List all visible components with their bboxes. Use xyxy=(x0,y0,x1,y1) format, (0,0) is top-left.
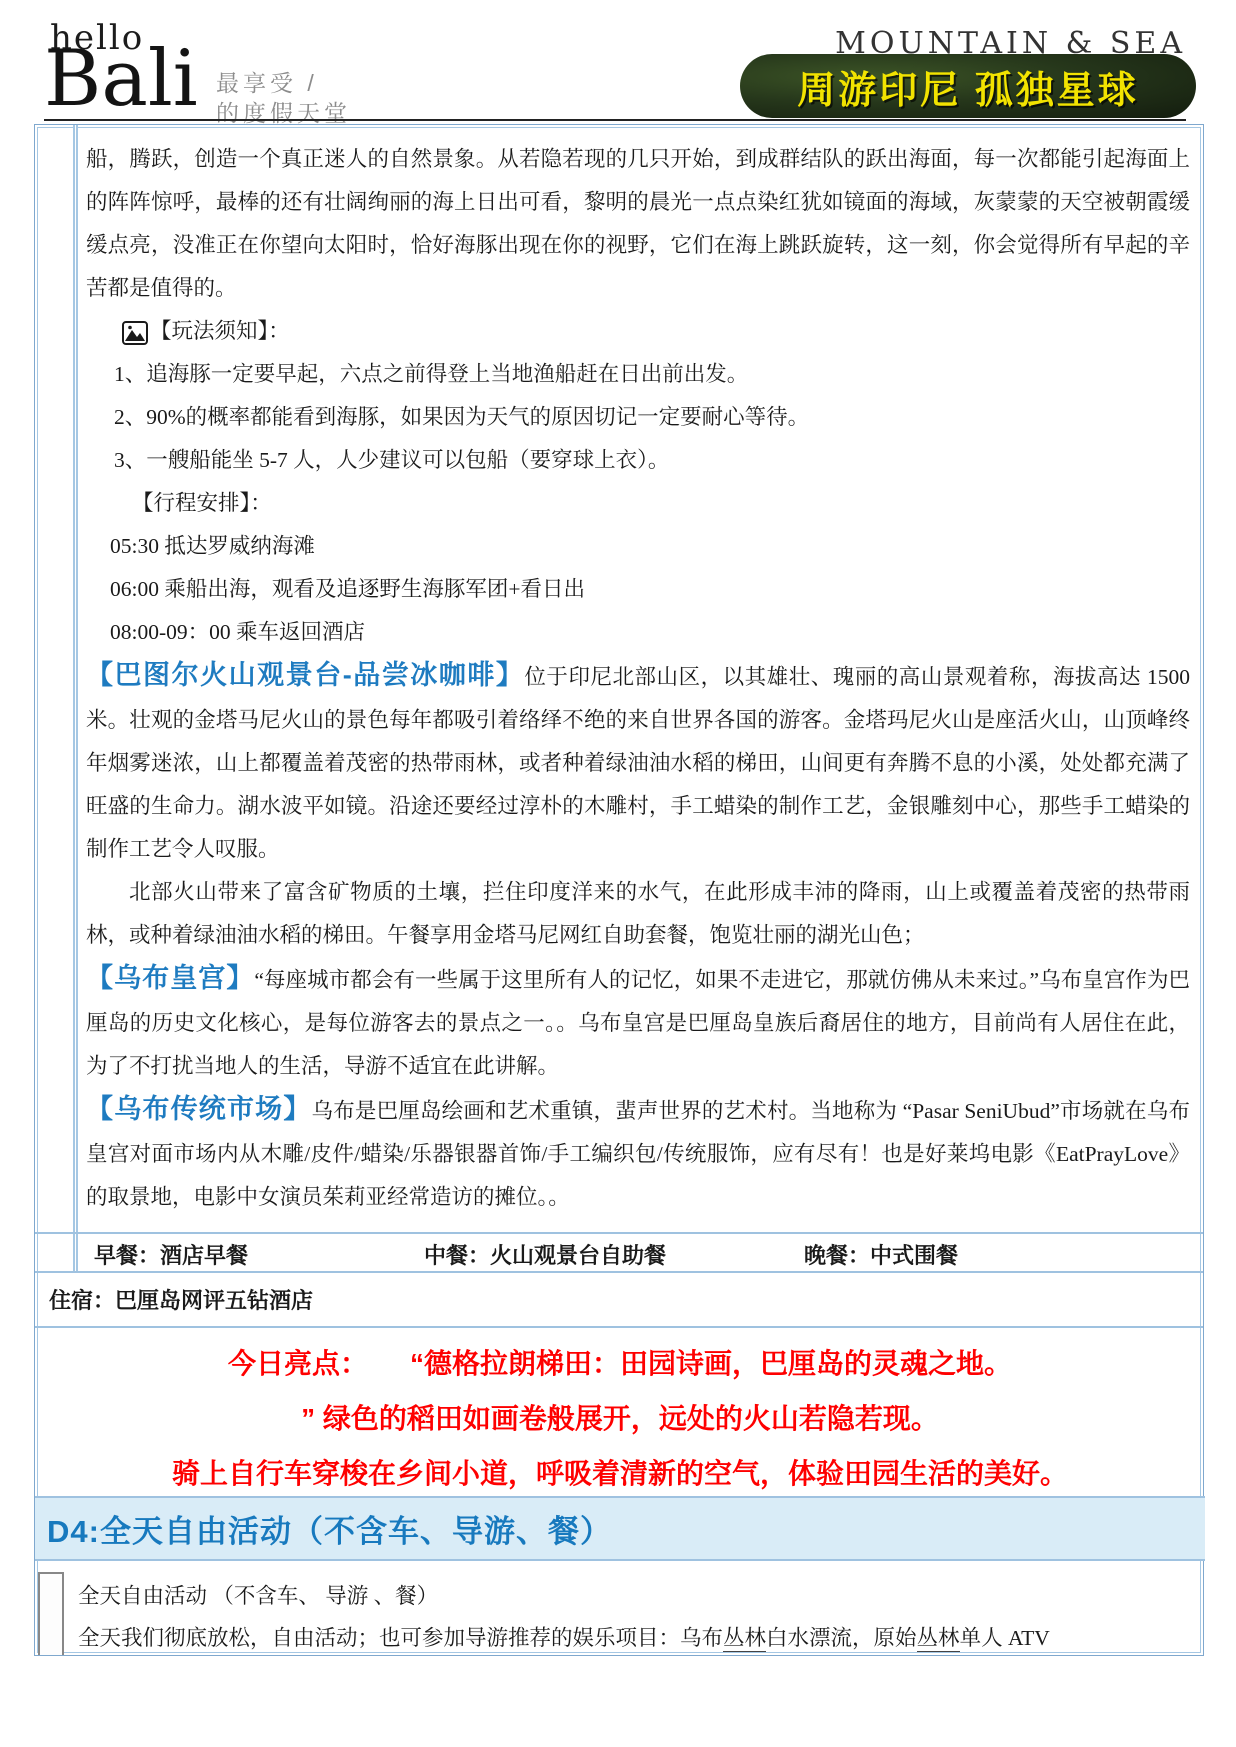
freeday-line-2: 全天我们彻底放松，自由活动；也可参加导游推荐的娱乐项目：乌布丛林白水漂流，原始丛… xyxy=(78,1617,1196,1657)
freeday-segment: 单人 ATV xyxy=(960,1626,1050,1650)
hotel-row: 住宿：巴厘岛网评五钻酒店 xyxy=(35,1273,1205,1326)
header-divider-line xyxy=(44,119,1186,121)
highlight-line-1: 今日亮点： “德格拉朗梯田：田园诗画，巴厘岛的灵魂之地。 xyxy=(35,1336,1205,1391)
ubud-market-title: 【乌布传统市场】 xyxy=(86,1094,312,1124)
notice-item-1: 1、追海豚一定要早起，六点之前得登上当地渔船赶在日出前出发。 xyxy=(114,353,1190,396)
jungle-badge: 周游印尼 孤独星球 xyxy=(740,54,1196,118)
day4-header-title: D4:全天自由活动（不含车、导游、餐） xyxy=(47,1506,612,1551)
schedule-item-2: 06:00 乘船出海，观看及追逐野生海豚军团+看日出 xyxy=(110,568,1190,611)
dinner-label: 晚餐：中式围餐 xyxy=(804,1239,958,1270)
schedule-item-3: 08:00-09：00 乘车返回酒店 xyxy=(110,611,1190,654)
today-highlights: 今日亮点： “德格拉朗梯田：田园诗画，巴厘岛的灵魂之地。 ” 绿色的稻田如画卷般… xyxy=(35,1328,1205,1496)
north-volcano-paragraph: 北部火山带来了富含矿物质的土壤，拦住印度洋来的水气，在此形成丰沛的降雨，山上或覆… xyxy=(86,871,1190,957)
freeday-segment-underlined: 丛林 xyxy=(917,1626,960,1652)
freeday-line-1: 全天自由活动 （不含车、 导游 、餐） xyxy=(78,1575,1196,1617)
itinerary-page: hello Bali 最享受 / 的度假天堂 MOUNTAIN & SEA 周游… xyxy=(0,0,1236,1747)
highlight-line-3: 骑上自行车穿梭在乡间小道，呼吸着清新的空气，体验田园生活的美好。 xyxy=(35,1446,1205,1501)
day4-content-cell: 全天自由活动 （不含车、 导游 、餐） 全天我们彻底放松，自由活动；也可参加导游… xyxy=(78,1561,1196,1657)
volcano-section-body: 位于印尼北部山区，以其雄壮、瑰丽的高山景观着称，海拔高达 1500 米。壮观的金… xyxy=(86,665,1190,861)
ubud-palace-title: 【乌布皇宫】 xyxy=(86,963,254,993)
notice-item-2: 2、90%的概率都能看到海豚，如果因为天气的原因切记一定要耐心等待。 xyxy=(114,396,1190,439)
notice-item-3: 3、一艘船能坐 5-7 人，人少建议可以包船（要穿球上衣）。 xyxy=(114,439,1190,482)
schedule-item-1: 05:30 抵达罗威纳海滩 xyxy=(110,525,1190,568)
notice-title: 【玩法须知】： xyxy=(150,310,290,353)
intro-paragraph: 船，腾跃，创造一个真正迷人的自然景象。从若隐若现的几只开始，到成群结队的跃出海面… xyxy=(86,138,1190,310)
freeday-segment: 全天我们彻底放松，自由活动；也可参加导游推荐的娱乐项目：乌布 xyxy=(78,1626,723,1650)
badge-text: 周游印尼 孤独星球 xyxy=(797,59,1139,114)
volcano-section: 【巴图尔火山观景台-品尝冰咖啡】位于印尼北部山区，以其雄壮、瑰丽的高山景观着称，… xyxy=(86,654,1190,871)
itinerary-table: 船，腾跃，创造一个真正迷人的自然景象。从若隐若现的几只开始，到成群结队的跃出海面… xyxy=(34,124,1204,1656)
tagline-line1: 最享受 / xyxy=(216,68,351,98)
freeday-segment: 白水漂流，原始 xyxy=(766,1626,917,1650)
schedule-title: 【行程安排】： xyxy=(132,482,1190,525)
scenery-photo-icon xyxy=(122,321,148,345)
logo-bali-text: Bali xyxy=(44,40,198,118)
day4-header-row: D4:全天自由活动（不含车、导游、餐） xyxy=(35,1496,1205,1561)
breakfast-label: 早餐：酒店早餐 xyxy=(94,1239,248,1270)
day4-left-cell xyxy=(38,1572,64,1655)
ubud-market-section: 【乌布传统市场】乌布是巴厘岛绘画和艺术重镇，蜚声世界的艺术村。当地称为 “Pas… xyxy=(86,1088,1190,1219)
hotel-label: 住宿：巴厘岛网评五钻酒店 xyxy=(49,1284,313,1315)
ubud-palace-section: 【乌布皇宫】“每座城市都会有一些属于这里所有人的记忆，如果不走进它，那就仿佛从未… xyxy=(86,957,1190,1088)
volcano-section-title: 【巴图尔火山观景台-品尝冰咖啡】 xyxy=(86,660,524,690)
freeday-segment-underlined: 丛林 xyxy=(723,1626,766,1652)
notice-title-row: 【玩法须知】： xyxy=(122,310,1190,353)
day3-content-cell: 船，腾跃，创造一个真正迷人的自然景象。从若隐若现的几只开始，到成群结队的跃出海面… xyxy=(78,125,1200,1234)
highlight-line-2: ” 绿色的稻田如画卷般展开，远处的火山若隐若现。 xyxy=(35,1391,1205,1446)
meals-row: 早餐：酒店早餐 中餐：火山观景台自助餐 晚餐：中式围餐 xyxy=(78,1234,1200,1272)
lunch-label: 中餐：火山观景台自助餐 xyxy=(424,1239,666,1270)
